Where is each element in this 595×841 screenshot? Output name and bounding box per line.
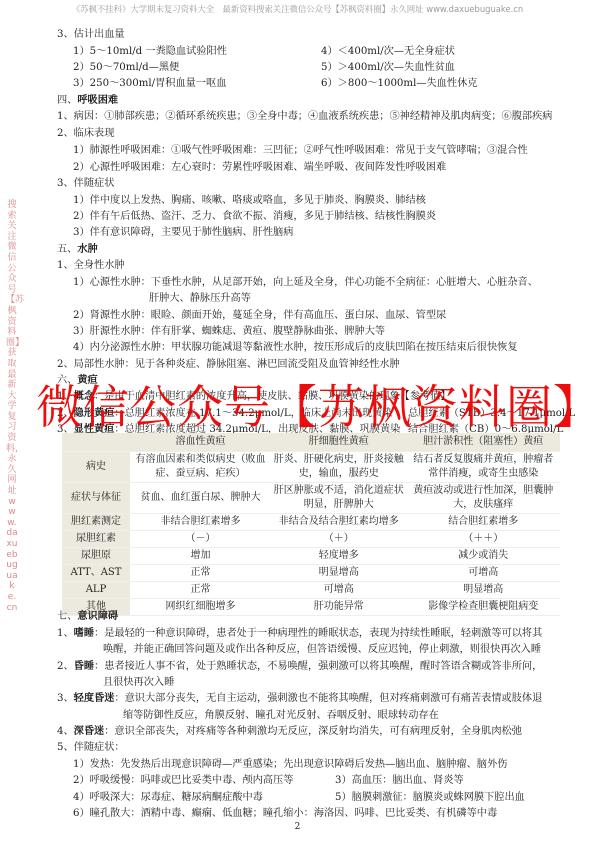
- table-cell: 结石者反复腹痛并黄疸，肿瘤者常伴消瘦，或寄生虫感染: [406, 452, 560, 483]
- table-cell: 影像学检查胆囊梗阻病变: [406, 599, 560, 616]
- table-cell: 可增高: [406, 565, 560, 582]
- table-cell: 轻度增多: [271, 548, 406, 565]
- table-cell: 黄疸波动或进行性加深，胆囊肿大，皮肤瘙痒: [406, 483, 560, 514]
- row-label: 症状与体征: [62, 483, 130, 514]
- term-text: ：意识全部丧失，对疼痛等各种刺激均无反应，深反射均消失，可有病理反射，全身肌肉松…: [104, 726, 522, 737]
- row-label: ALP: [62, 582, 130, 599]
- table-header-cell: 胆汁淤积性（阻塞性）黄疸: [406, 433, 560, 452]
- paragraph: 1）伴中度以上发热、胸痛、咳嗽、咯痰或咯血，多见于肺炎、胸膜炎、肺结核: [73, 194, 426, 208]
- overlay-watermark: 微信公众号【苏枫资料圈】: [36, 382, 595, 432]
- table-header-cell: 溶血性黄疸: [130, 433, 271, 452]
- table-cell: 肝炎、肝硬化病史，肝炎接触史，输血，服药史: [271, 452, 406, 483]
- table-cell: 明显增高: [271, 565, 406, 582]
- table-cell: 贫血、血红蛋白尿、脾肿大: [130, 483, 271, 514]
- table-header-row: 溶血性黄疸 肝细胞性黄疸 胆汁淤积性（阻塞性）黄疸: [62, 433, 560, 452]
- paragraph: 1、病因：①肺部疾患；②循环系统疾患；③全身中毒；④血液系统疾患；⑤神经精神及肌…: [57, 110, 552, 124]
- paragraph: 1）心源性水肿：下垂性水肿，从足部开始，向上延及全身，伴心功能不全病征：心脏增大…: [73, 276, 538, 290]
- table-cell: 正常: [130, 582, 271, 599]
- table-cell: 明显增高: [406, 582, 560, 599]
- table-row: 其他 网织红细胞增多 肝功能异常 影像学检查胆囊梗阻病变: [62, 599, 560, 616]
- term-text: ：患者接近人事不省，处于熟睡状态，不易唤醒，强刺激可以将其唤醒，醒时答语含糊或答…: [94, 661, 542, 672]
- paragraph: 肝肿大、静脉压升高等: [149, 292, 251, 306]
- paragraph: 3、伴随症状: [57, 177, 114, 191]
- table-cell: 肝区肿胀或不适，消化道症状明显，肝脾肿大: [271, 483, 406, 514]
- list-item: 2）50～70ml/d—黑便: [73, 61, 179, 75]
- table-cell: 有溶血因素和类似病史（败血症、蚕豆病、疟疾）: [130, 452, 271, 483]
- item-number: 4、: [57, 726, 74, 737]
- item-number: 3、: [57, 693, 74, 704]
- table-row: 胆红素测定 非结合胆红素增多 非结合及结合胆红素均增多 结合胆红素增多: [62, 514, 560, 531]
- table-row: 病史 有溶血因素和类似病史（败血症、蚕豆病、疟疾） 肝炎、肝硬化病史，肝炎接触史…: [62, 452, 560, 483]
- section-heading: 五、水肿: [57, 243, 98, 257]
- list-item: 1）5～10ml/d 一粪隐血试验阳性: [73, 45, 227, 59]
- list-item: 4）＜400ml/次—无全身症状: [321, 45, 455, 59]
- paragraph: 缩等防御性反应，角膜反射、瞳孔对光反射、吞咽反射、眼球转动存在: [123, 709, 439, 723]
- paragraph: 3、轻度昏迷：意识大部分丧失，无自主运动，强刺激也不能将其唤醒，但对疼痛刺激可有…: [57, 692, 542, 706]
- paragraph: 5、伴随症状：: [57, 741, 125, 755]
- table-header-cell: 肝细胞性黄疸: [271, 433, 406, 452]
- table-row: ALP 正常 可增高 明显增高: [62, 582, 560, 599]
- list-item: 2）呼吸缓慢：吗啡或巴比妥类中毒、颅内高压等: [73, 774, 293, 788]
- list-item: 5）脑膜刺激征：脑膜炎或蛛网膜下腔出血: [335, 791, 525, 805]
- table-cell: 增加: [130, 548, 271, 565]
- paragraph: 2）肾源性水肿：眼睑、颜面开始，蔓延全身，伴有高血压、蛋白尿、血尿、管型尿: [73, 309, 446, 323]
- list-item: 6）＞800～1000ml—失血性休克: [321, 77, 477, 91]
- row-label: ATT、AST: [62, 565, 130, 582]
- row-label: 病史: [62, 452, 130, 483]
- list-item: 6）瞳孔散大：酒精中毒、癫痫、低血糖；瞳孔缩小：海洛因、吗啡、巴比妥类、有机磷等…: [73, 807, 497, 821]
- paragraph: 4、深昏迷：意识全部丧失，对疼痛等各种刺激均无反应，深反射均消失，可有病理反射，…: [57, 725, 522, 739]
- term-label: 轻度昏迷: [74, 693, 115, 704]
- paragraph: 3）肝源性水肿：伴有肝掌、蜘蛛痣、黄疸、腹壁静脉曲张、脾肿大等: [73, 325, 385, 339]
- table-row: 症状与体征 贫血、血红蛋白尿、脾肿大 肝区肿胀或不适，消化道症状明显，肝脾肿大 …: [62, 483, 560, 514]
- section-title: 3、估计出血量: [57, 28, 125, 42]
- list-item: 4）呼吸深大：尿毒症、糖尿病酮症酸中毒: [73, 791, 263, 805]
- paragraph: 4）内分泌源性水肿：甲状腺功能减退等黏液性水肿，按压形成后的皮肤凹陷在按压结束后…: [73, 341, 518, 355]
- paragraph: 且很快再次入睡: [103, 676, 174, 690]
- section-heading: 四、呼吸困难: [57, 94, 118, 108]
- paragraph: 2、昏睡：患者接近人事不省，处于熟睡状态，不易唤醒，强刺激可以将其唤醒，醒时答语…: [57, 660, 542, 674]
- term-label: 昏睡: [74, 661, 94, 672]
- table-row: 尿胆红素 （－） （＋） （＋＋）: [62, 531, 560, 548]
- table-cell: 可增高: [271, 582, 406, 599]
- paragraph: 1）肺源性呼吸困难：①吸气性呼吸困难：三凹征；②呼气性呼吸困难：常见于支气管哮喘…: [73, 144, 528, 158]
- list-item: 3）250～300ml/胃积血量一呕血: [73, 77, 226, 91]
- side-watermark: 搜索关注微信公众号【苏枫资料圈】获取最新大学复习资料，永久网址www.daxue…: [6, 200, 18, 613]
- table-cell: 肝功能异常: [271, 599, 406, 616]
- list-item: 5）＞400ml/次—失血性贫血: [321, 61, 455, 75]
- table-row: ATT、AST 正常 明显增高 可增高: [62, 565, 560, 582]
- table-cell: 结合胆红素增多: [406, 514, 560, 531]
- list-item: 1）发热：先发热后出现意识障碍—严重感染；先出现意识障碍后发热—脑出血、脑肿瘤、…: [73, 758, 507, 772]
- row-label: 尿胆原: [62, 548, 130, 565]
- row-label: 尿胆红素: [62, 531, 130, 548]
- item-number: 2、: [57, 661, 74, 672]
- paragraph: 1、全身性水肿: [57, 259, 125, 273]
- list-item: 3）高血压：脑出血、肾炎等: [335, 774, 464, 788]
- paragraph: 2、临床表现: [57, 127, 114, 141]
- page-number: 2: [0, 822, 595, 832]
- page-header-watermark: 《苏枫不挂科》大学期末复习资料大全 最新资料搜索关注微信公众号【苏枫资料圈】永久…: [0, 3, 595, 15]
- table-cell: 正常: [130, 565, 271, 582]
- jaundice-comparison-table: 溶血性黄疸 肝细胞性黄疸 胆汁淤积性（阻塞性）黄疸 病史 有溶血因素和类似病史（…: [62, 433, 560, 616]
- term-text: ：是最轻的一种意识障碍，患者处于一种病理性的睡眠状态，表现为持续性睡眠，轻刺激等…: [94, 628, 542, 639]
- paragraph: 3）伴有意识障碍，主要见于肺性脑病、肝性脑病: [73, 226, 293, 240]
- paragraph: 1、嗜睡：是最轻的一种意识障碍，患者处于一种病理性的睡眠状态，表现为持续性睡眠，…: [57, 627, 542, 641]
- heading-number: 五、: [57, 244, 77, 255]
- table-cell: （－）: [130, 531, 271, 548]
- section-heading: 七、意识障碍: [57, 610, 118, 624]
- table-cell: 减少或消失: [406, 548, 560, 565]
- heading-text: 意识障碍: [77, 611, 118, 622]
- paragraph: 2）心源性呼吸困难：左心衰时：劳累性呼吸困难、端坐呼吸、夜间阵发性呼吸困难: [73, 161, 446, 175]
- table-cell: （＋＋）: [406, 531, 560, 548]
- heading-number: 七、: [57, 611, 77, 622]
- table-cell: 网织红细胞增多: [130, 599, 271, 616]
- heading-text: 呼吸困难: [77, 95, 118, 106]
- table-cell: 非结合胆红素增多: [130, 514, 271, 531]
- heading-text: 水肿: [77, 244, 97, 255]
- table-row: 尿胆原 增加 轻度增多 减少或消失: [62, 548, 560, 565]
- table-header-cell: [62, 433, 130, 452]
- heading-number: 四、: [57, 95, 77, 106]
- paragraph: 2、局部性水肿：见于各种炎症、静脉阻塞、淋巴回流受阻及血管神经性水肿: [57, 358, 400, 372]
- paragraph: 2）伴有午后低热、盗汗、乏力、食欲不振、消瘦，多见于肺结核、结核性胸膜炎: [73, 210, 436, 224]
- term-label: 深昏迷: [74, 726, 105, 737]
- table-cell: （＋）: [271, 531, 406, 548]
- term-label: 嗜睡: [74, 628, 94, 639]
- item-number: 1、: [57, 628, 74, 639]
- term-text: ：意识大部分丧失，无自主运动，强刺激也不能将其唤醒，但对疼痛刺激可有痛苦表情或肢…: [114, 693, 542, 704]
- table-cell: 非结合及结合胆红素均增多: [271, 514, 406, 531]
- row-label: 胆红素测定: [62, 514, 130, 531]
- paragraph: 唤醒，并能正确回答问题及或作出各种反应，但答语缓慢、反应迟钝，停止刺激，则很快再…: [103, 643, 541, 657]
